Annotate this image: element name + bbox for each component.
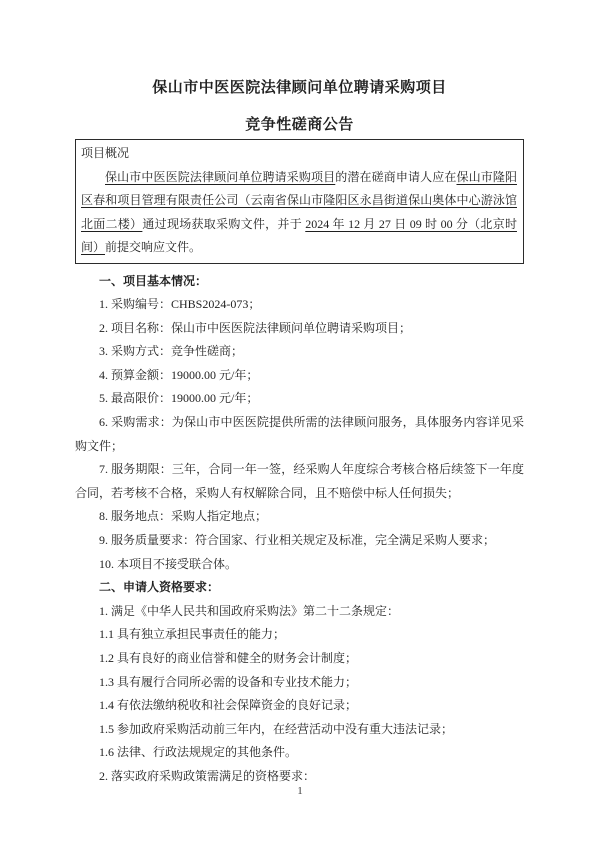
list-item: 3. 采购方式：竞争性磋商； bbox=[75, 340, 524, 364]
announcement-body: 一、项目基本情况：1. 采购编号：CHBS2024-073；2. 项目名称：保山… bbox=[75, 270, 524, 789]
list-item: 8. 服务地点：采购人指定地点； bbox=[75, 505, 524, 529]
document-page: 保山市中医医院法律顾问单位聘请采购项目 竞争性磋商公告 项目概况 保山市中医医院… bbox=[0, 0, 600, 849]
section-heading: 二、申请人资格要求： bbox=[75, 576, 524, 600]
list-item: 1. 满足《中华人民共和国政府采购法》第二十二条规定： bbox=[75, 600, 524, 624]
list-item: 1.5 参加政府采购活动前三年内，在经营活动中没有重大违法记录； bbox=[75, 718, 524, 742]
list-item: 4. 预算金额：19000.00 元/年； bbox=[75, 364, 524, 388]
list-item: 1.3 具有履行合同所必需的设备和专业技术能力； bbox=[75, 671, 524, 695]
overview-label: 项目概况 bbox=[81, 142, 517, 166]
section-heading: 一、项目基本情况： bbox=[75, 270, 524, 294]
list-item: 1.6 法律、行政法规规定的其他条件。 bbox=[75, 741, 524, 765]
list-item: 1.1 具有独立承担民事责任的能力； bbox=[75, 623, 524, 647]
project-overview-box: 项目概况 保山市中医医院法律顾问单位聘请采购项目的潜在磋商申请人应在保山市隆阳区… bbox=[75, 139, 524, 264]
list-item: 2. 项目名称：保山市中医医院法律顾问单位聘请采购项目； bbox=[75, 317, 524, 341]
plain-text: 的潜在磋商申请人应在 bbox=[335, 170, 456, 184]
list-item: 1. 采购编号：CHBS2024-073； bbox=[75, 293, 524, 317]
document-title-line2: 竞争性磋商公告 bbox=[75, 117, 524, 133]
list-item: 6. 采购需求：为保山市中医医院提供所需的法律顾问服务，具体服务内容详见采购文件… bbox=[75, 411, 524, 458]
list-item: 7. 服务期限：三年，合同一年一签，经采购人年度综合考核合格后续签下一年度合同，… bbox=[75, 458, 524, 505]
overview-paragraph: 保山市中医医院法律顾问单位聘请采购项目的潜在磋商申请人应在保山市隆阳区春和项目管… bbox=[81, 166, 517, 260]
underlined-text: 保山市中医医院法律顾问单位聘请采购项目 bbox=[105, 170, 335, 184]
list-item: 1.2 具有良好的商业信誉和健全的财务会计制度； bbox=[75, 647, 524, 671]
list-item: 10. 本项目不接受联合体。 bbox=[75, 553, 524, 577]
plain-text: 通过现场获取采购文件，并于 bbox=[142, 217, 305, 231]
plain-text: 前提交响应文件。 bbox=[105, 240, 201, 254]
page-number: 1 bbox=[0, 785, 600, 797]
list-item: 9. 服务质量要求：符合国家、行业相关规定及标准，完全满足采购人要求； bbox=[75, 529, 524, 553]
list-item: 5. 最高限价：19000.00 元/年； bbox=[75, 387, 524, 411]
document-title-line1: 保山市中医医院法律顾问单位聘请采购项目 bbox=[75, 80, 524, 96]
list-item: 1.4 有依法缴纳税收和社会保障资金的良好记录； bbox=[75, 694, 524, 718]
